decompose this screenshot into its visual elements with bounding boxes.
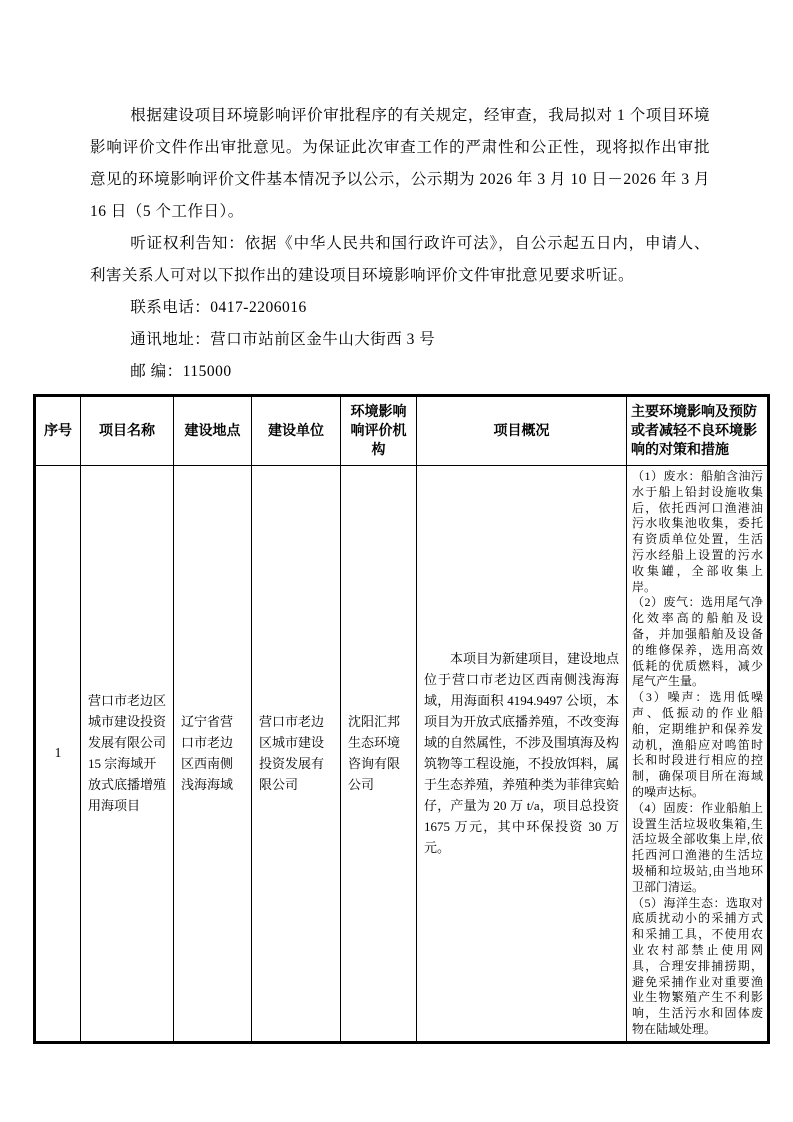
header-agency: 环境影响响评价机构: [341, 396, 417, 466]
cell-measures: （1）废水：船舶含油污水于船上铅封设施收集后，依托西河口渔港油污水收集池收集，委…: [627, 466, 769, 1043]
header-unit: 建设单位: [252, 396, 341, 466]
measure-marine-ecology: （5）海洋生态：选取对底质扰动小的采捕方式和采捕工具，不使用农业农村部禁止使用网…: [632, 896, 763, 1038]
overview-text: 本项目为新建项目，建设地点位于营口市老边区西南侧浅海海域，用海面积 4194.9…: [424, 648, 619, 858]
header-index: 序号: [35, 396, 81, 466]
approval-table: 序号 项目名称 建设地点 建设单位 环境影响响评价机构 项目概况 主要环境影响及…: [33, 394, 770, 1044]
header-overview: 项目概况: [417, 396, 627, 466]
cell-overview: 本项目为新建项目，建设地点位于营口市老边区西南侧浅海海域，用海面积 4194.9…: [417, 466, 627, 1043]
header-measures: 主要环境影响及预防或者减轻不良环境影响的对策和措施: [627, 396, 769, 466]
cell-row-index: 1: [35, 466, 81, 1043]
intro-section: 根据建设项目环境影响评价审批程序的有关规定，经审查，我局拟对 1 个项目环境影响…: [90, 100, 710, 388]
contact-postcode-line: 邮 编：115000: [90, 356, 710, 388]
measure-wastewater: （1）废水：船舶含油污水于船上铅封设施收集后，依托西河口渔港油污水收集池收集，委…: [632, 469, 763, 595]
contact-address-line: 通讯地址：营口市站前区金牛山大街西 3 号: [90, 324, 710, 356]
cell-agency: 沈阳汇邦生态环境咨询有限公司: [341, 466, 417, 1043]
cell-location: 辽宁省营口市老边区西南侧浅海海域: [174, 466, 252, 1043]
table-header-row: 序号 项目名称 建设地点 建设单位 环境影响响评价机构 项目概况 主要环境影响及…: [35, 396, 769, 466]
cell-project-name: 营口市老边区城市建设投资发展有限公司15 宗海域开放式底播增殖用海项目: [81, 466, 174, 1043]
measure-solid-waste: （4）固废：作业船舶上设置生活垃圾收集箱,生活垃圾全部收集上岸,依托西河口渔港的…: [632, 801, 763, 896]
measure-exhaust-gas: （2）废气：选用尾气净化效率高的船舶及设备，并加强船舶及设备的维修保养，选用高效…: [632, 595, 763, 690]
measure-noise: （3）噪声：选用低噪声、低振动的作业船舶，定期维护和保养发动机，渔船应对鸣笛时长…: [632, 690, 763, 801]
header-location: 建设地点: [174, 396, 252, 466]
table-row: 1 营口市老边区城市建设投资发展有限公司15 宗海域开放式底播增殖用海项目 辽宁…: [35, 466, 769, 1043]
intro-paragraph-hearing-rights: 听证权利告知：依据《中华人民共和国行政许可法》，自公示起五日内，申请人、利害关系…: [90, 228, 710, 292]
header-project-name: 项目名称: [81, 396, 174, 466]
document-page: 根据建设项目环境影响评价审批程序的有关规定，经审查，我局拟对 1 个项目环境影响…: [0, 0, 793, 1122]
intro-paragraph-review: 根据建设项目环境影响评价审批程序的有关规定，经审查，我局拟对 1 个项目环境影响…: [90, 100, 710, 228]
contact-phone-line: 联系电话：0417-2206016: [90, 292, 710, 324]
cell-unit: 营口市老边区城市建设投资发展有限公司: [252, 466, 341, 1043]
